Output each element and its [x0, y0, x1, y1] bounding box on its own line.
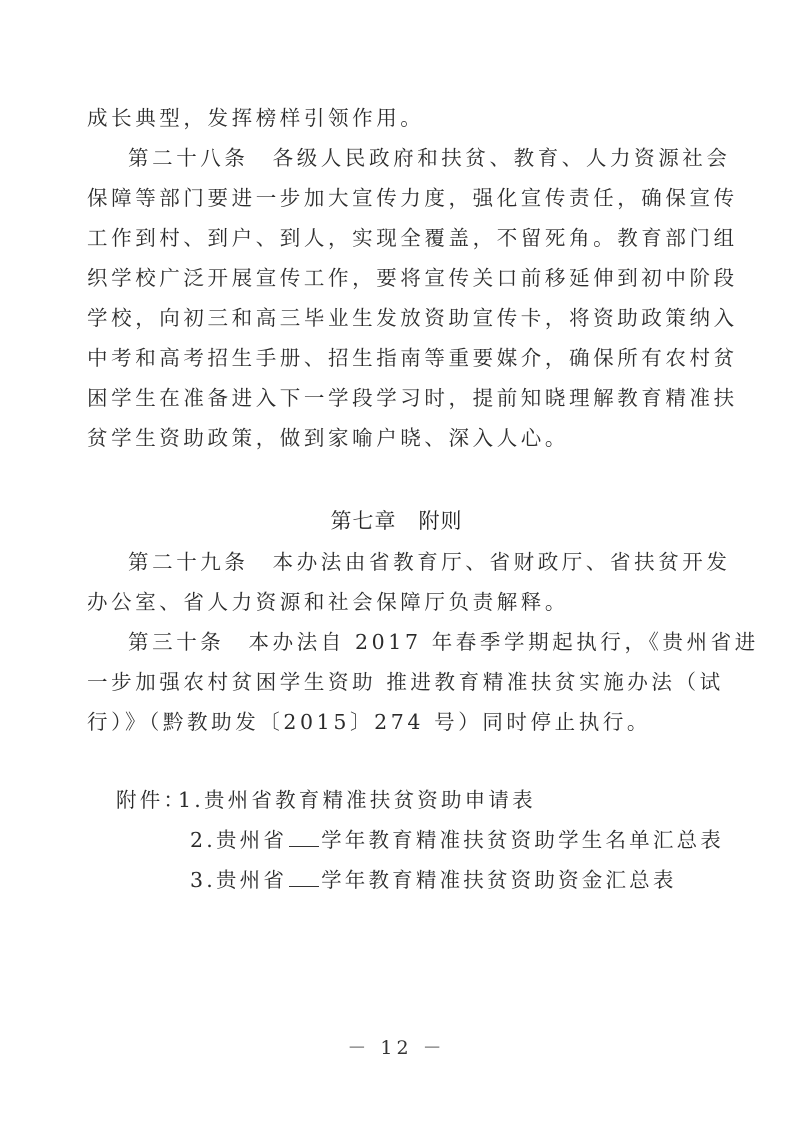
text-line: 学校，向初三和高三毕业生发放资助宣传卡，将资助政策纳入	[87, 304, 702, 332]
page-number: － 12 －	[0, 1036, 793, 1060]
attachment-title: 贵州省教育精准扶贫资助申请表	[204, 788, 536, 812]
article-30-line: 第三十条 本办法自 2017 年春季学期起执行，《贵州省进	[128, 628, 743, 656]
attachment-title-suffix: 学年教育精准扶贫资助资金汇总表	[321, 868, 677, 892]
article-29-line: 第二十九条 本办法由省教育厅、省财政厅、省扶贫开发	[128, 548, 743, 576]
text-line: 办公室、省人力资源和社会保障厅负责解释。	[87, 588, 702, 616]
attachments-label: 附件：	[116, 786, 187, 814]
attachment-item: 3.贵州省学年教育精准扶贫资助资金汇总表	[190, 866, 677, 894]
attachment-title-suffix: 学年教育精准扶贫资助学生名单汇总表	[321, 828, 724, 852]
attachment-number: 2.	[190, 828, 216, 852]
chapter-title: 附则	[419, 509, 463, 533]
chapter-number: 第七章	[331, 509, 397, 533]
attachment-item: 1.贵州省教育精准扶贫资助申请表	[178, 786, 536, 814]
text-line: 行）》（黔教助发〔2015〕274 号）同时停止执行。	[87, 708, 702, 736]
text-line: 成长典型，发挥榜样引领作用。	[87, 104, 702, 132]
text-line: 工作到村、到户、到人，实现全覆盖，不留死角。教育部门组	[87, 224, 702, 252]
article-28-heading-line: 第二十八条 各级人民政府和扶贫、教育、人力资源社会	[128, 144, 743, 172]
text-line: 困学生在准备进入下一学段学习时，提前知晓理解教育精准扶	[87, 384, 702, 412]
attachment-title-prefix: 贵州省	[216, 868, 287, 892]
text-line: 织学校广泛开展宣传工作，要将宣传关口前移延伸到初中阶段	[87, 264, 702, 292]
fill-in-blank	[289, 828, 319, 847]
attachment-title-prefix: 贵州省	[216, 828, 287, 852]
chapter-heading: 第七章附则	[0, 507, 793, 535]
text-line: 保障等部门要进一步加大宣传力度，强化宣传责任，确保宣传	[87, 184, 702, 212]
text-line: 中考和高考招生手册、招生指南等重要媒介，确保所有农村贫	[87, 344, 702, 372]
text-line: 贫学生资助政策，做到家喻户晓、深入人心。	[87, 424, 702, 452]
text-line: 一步加强农村贫困学生资助 推进教育精准扶贫实施办法（试	[87, 668, 702, 696]
attachment-number: 3.	[190, 868, 216, 892]
attachment-item: 2.贵州省学年教育精准扶贫资助学生名单汇总表	[190, 826, 724, 854]
fill-in-blank	[289, 868, 319, 887]
attachment-number: 1.	[178, 788, 204, 812]
document-page: 成长典型，发挥榜样引领作用。 第二十八条 各级人民政府和扶贫、教育、人力资源社会…	[0, 0, 793, 1122]
